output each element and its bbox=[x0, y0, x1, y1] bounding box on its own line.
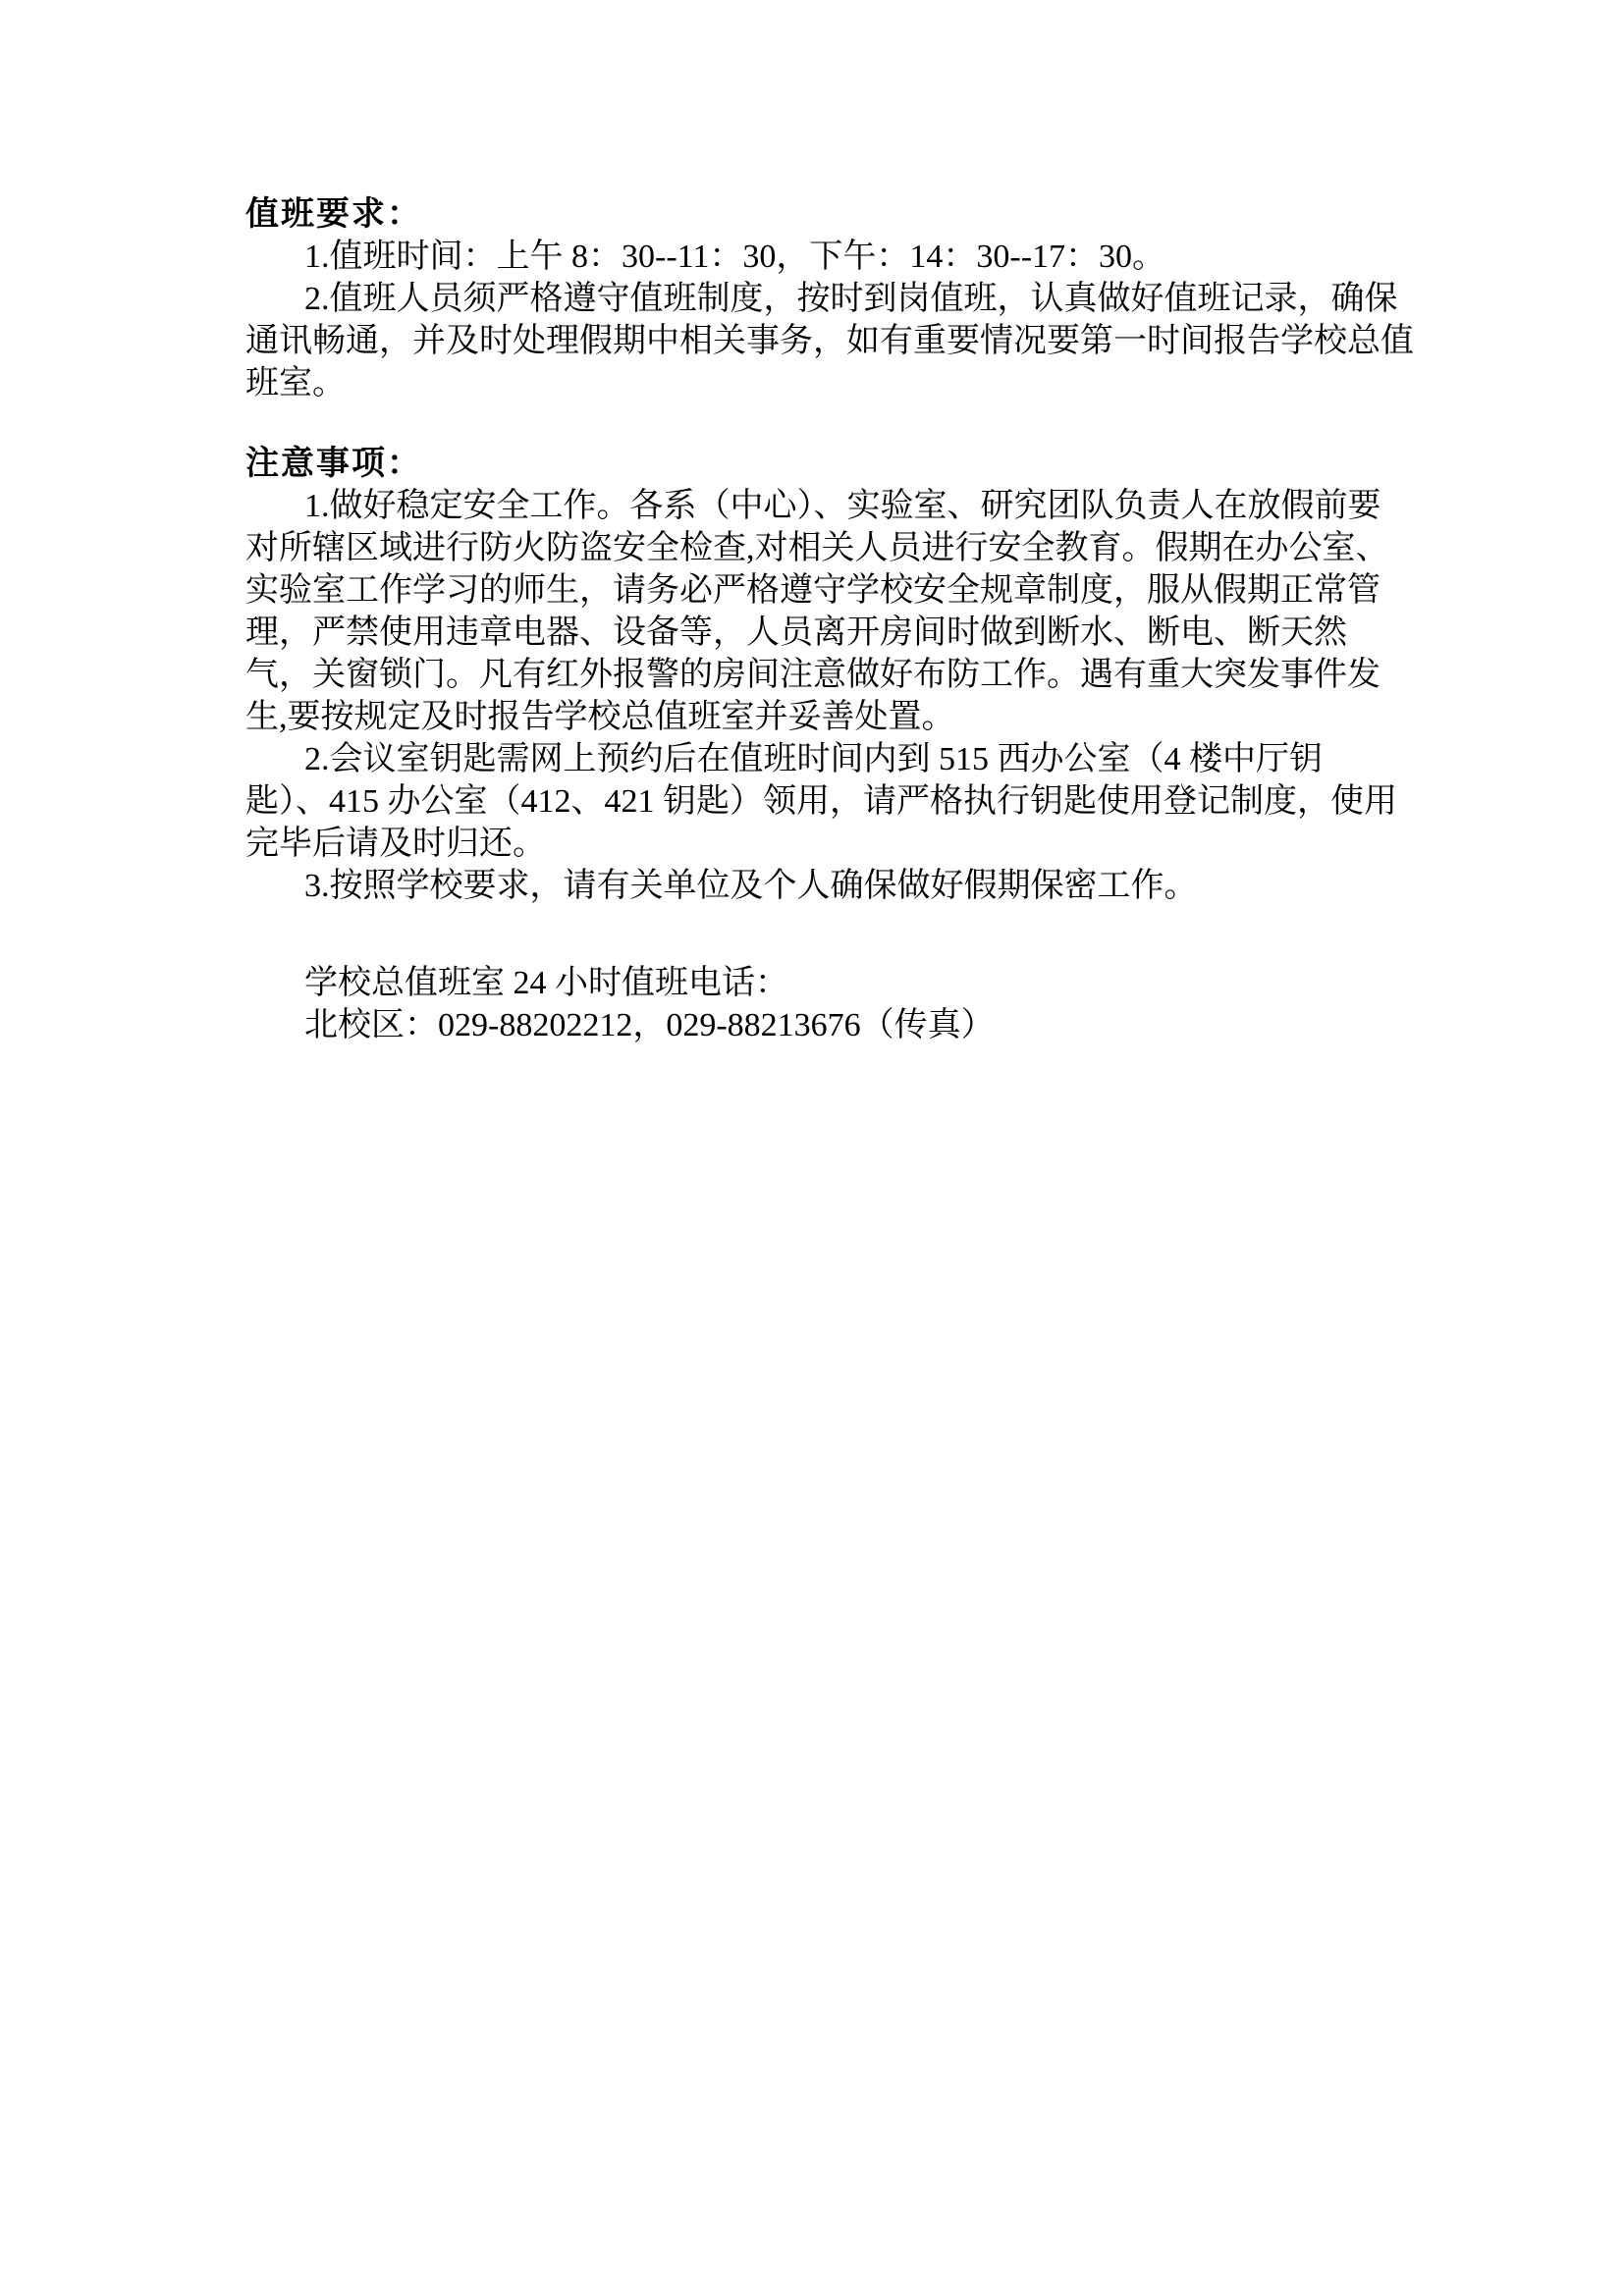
text-line: 匙）、415 办公室（412、421 钥匙）领用，请严格执行钥匙使用登记制度，使… bbox=[245, 780, 1384, 823]
text-line: 生,要按规定及时报告学校总值班室并妥善处置。 bbox=[245, 696, 1384, 738]
text-line: 通讯畅通，并及时处理假期中相关事务，如有重要情况要第一时间报告学校总值 bbox=[245, 320, 1384, 362]
text-line: 3.按照学校要求，请有关单位及个人确保做好假期保密工作。 bbox=[245, 865, 1384, 907]
text-line: 1.做好稳定安全工作。各系（中心）、实验室、研究团队负责人在放假前要 bbox=[245, 485, 1384, 527]
text-line: 班室。 bbox=[245, 362, 1384, 404]
duty-phone-numbers: 北校区：029-88202212，029-88213676（传真） bbox=[245, 1004, 1384, 1046]
document-body: 值班要求： 1.值班时间：上午 8：30--11：30，下午：14：30--17… bbox=[245, 193, 1384, 1046]
document-page: 值班要求： 1.值班时间：上午 8：30--11：30，下午：14：30--17… bbox=[0, 0, 1624, 2296]
section-heading-precautions: 注意事项： bbox=[245, 443, 1384, 485]
section-heading-duty-requirements: 值班要求： bbox=[245, 193, 1384, 236]
text-line: 气，关窗锁门。凡有红外报警的房间注意做好布防工作。遇有重大突发事件发 bbox=[245, 654, 1384, 696]
text-line: 2.会议室钥匙需网上预约后在值班时间内到 515 西办公室（4 楼中厅钥 bbox=[245, 738, 1384, 780]
text-line: 理，严禁使用违章电器、设备等，人员离开房间时做到断水、断电、断天然 bbox=[245, 612, 1384, 654]
text-line: 2.值班人员须严格遵守值班制度，按时到岗值班，认真做好值班记录，确保 bbox=[245, 278, 1384, 320]
duty-phone-title: 学校总值班室 24 小时值班电话： bbox=[245, 962, 1384, 1004]
text-line: 实验室工作学习的师生，请务必严格遵守学校安全规章制度，服从假期正常管 bbox=[245, 569, 1384, 612]
text-line: 1.值班时间：上午 8：30--11：30，下午：14：30--17：30。 bbox=[245, 236, 1384, 278]
duty-phone-block: 学校总值班室 24 小时值班电话： 北校区：029-88202212，029-8… bbox=[245, 962, 1384, 1046]
text-line: 对所辖区域进行防火防盗安全检查,对相关人员进行安全教育。假期在办公室、 bbox=[245, 527, 1384, 569]
text-line: 完毕后请及时归还。 bbox=[245, 823, 1384, 865]
